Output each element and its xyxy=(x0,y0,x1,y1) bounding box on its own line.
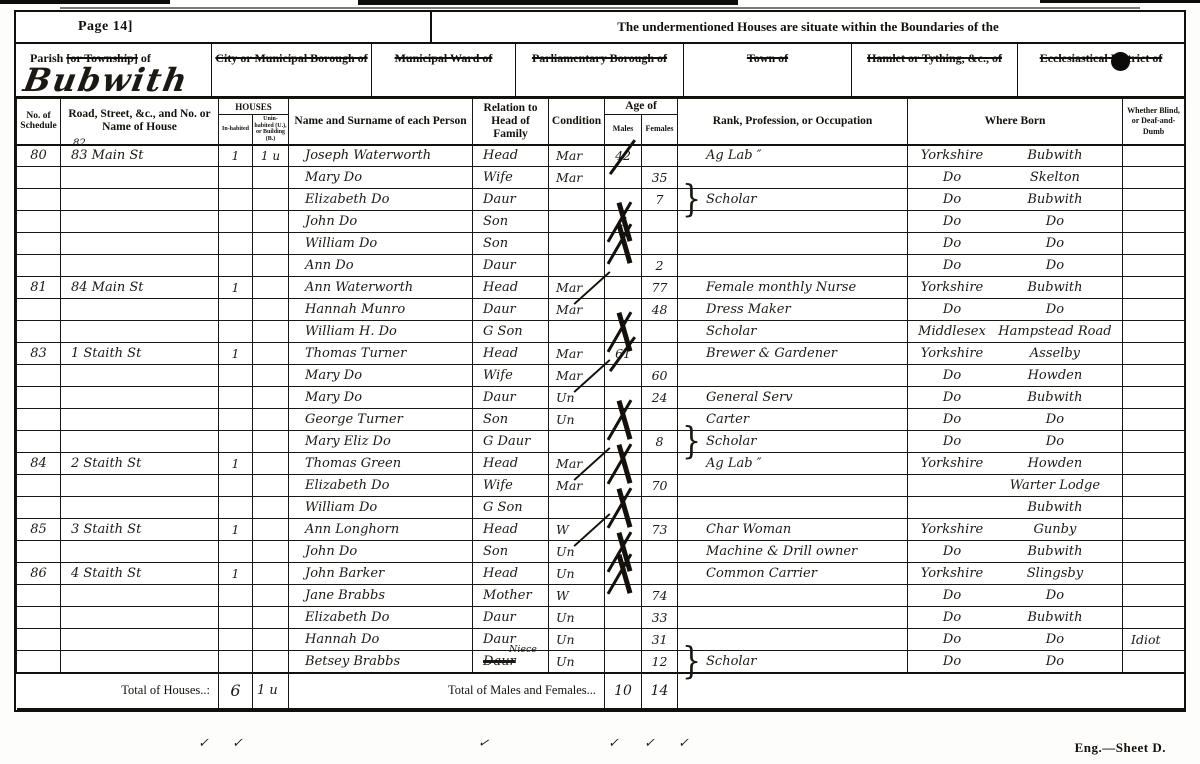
cell-schedule-number xyxy=(17,629,61,651)
born-place: Asselby xyxy=(994,346,1116,361)
col-header-infirmity: Whether Blind, or Deaf-and-Dumb xyxy=(1123,99,1185,145)
relation-corrected-value: Niece xyxy=(509,644,537,655)
parish-handwritten-value: Bubwith xyxy=(20,60,191,100)
cell-age-male: 42 xyxy=(605,145,642,167)
table-row: Mary DoWifeMar35DoSkelton xyxy=(17,167,1185,189)
cell-relation: DaurNiece xyxy=(473,651,549,673)
cell-houses-uninhabited xyxy=(253,453,289,475)
cell-street: 2 Staith St xyxy=(61,453,219,475)
cell-schedule-number xyxy=(17,607,61,629)
total-houses-inhabited: 6 xyxy=(219,673,253,709)
engraver-sheet-label: Eng.—Sheet D. xyxy=(1075,740,1166,756)
cell-schedule-number xyxy=(17,255,61,277)
born-place: Howden xyxy=(994,368,1116,383)
cell-houses-uninhabited xyxy=(253,475,289,497)
town-cell: Town of xyxy=(684,44,852,96)
table-row: Elizabeth DoWifeMar70Warter Lodge xyxy=(17,475,1185,497)
born-place: Slingsby xyxy=(994,566,1116,581)
cell-houses-inhabited: 1 xyxy=(219,519,253,541)
cell-infirmity xyxy=(1123,255,1185,277)
cell-person-name: John Do xyxy=(289,211,473,233)
table-row: George TurnerSonUnCarterDoDo xyxy=(17,409,1185,431)
cell-houses-inhabited xyxy=(219,629,253,651)
col-header-inhabited: In-habited xyxy=(219,115,253,145)
street-number-correction: 82 xyxy=(73,138,86,149)
cell-infirmity xyxy=(1123,365,1185,387)
cell-relation: G Son xyxy=(473,497,549,519)
place-header-row: Parish [or Township] of Bubwith City or … xyxy=(16,44,1184,98)
cell-houses-uninhabited xyxy=(253,211,289,233)
cell-street xyxy=(61,409,219,431)
col-header-occupation: Rank, Profession, or Occupation xyxy=(678,99,908,145)
cell-houses-uninhabited xyxy=(253,431,289,453)
cell-occupation: Char Woman xyxy=(678,519,908,541)
cell-person-name: Hannah Do xyxy=(289,629,473,651)
cell-schedule-number xyxy=(17,189,61,211)
table-row: 8184 Main St1Ann WaterworthHeadMar77Fema… xyxy=(17,277,1185,299)
cell-houses-uninhabited xyxy=(253,365,289,387)
born-place: Do xyxy=(994,412,1116,427)
cell-houses-uninhabited xyxy=(253,277,289,299)
born-county: Do xyxy=(910,654,994,669)
cell-where-born: DoSkelton xyxy=(908,167,1123,189)
cell-schedule-number: 86 xyxy=(17,563,61,585)
scan-edge-artifact xyxy=(60,7,1140,9)
cell-schedule-number xyxy=(17,431,61,453)
cell-person-name: John Barker xyxy=(289,563,473,585)
cell-occupation: Scholar} xyxy=(678,431,908,453)
cell-schedule-number: 80 xyxy=(17,145,61,167)
cell-age-male xyxy=(605,585,642,607)
cell-where-born: DoDo xyxy=(908,651,1123,673)
born-place: Bubwith xyxy=(994,148,1116,163)
born-county: Do xyxy=(910,632,994,647)
cell-occupation: Ag Lab ″ xyxy=(678,145,908,167)
cell-age-female: 74 xyxy=(642,585,678,607)
cell-houses-inhabited xyxy=(219,299,253,321)
scan-edge-artifact xyxy=(0,0,170,4)
cell-person-name: Mary Eliz Do xyxy=(289,431,473,453)
cell-relation: Head xyxy=(473,563,549,585)
table-row: 8083 Main St8211 uJoseph WaterworthHeadM… xyxy=(17,145,1185,167)
cell-where-born: Bubwith xyxy=(908,497,1123,519)
col-header-name: Name and Surname of each Person xyxy=(289,99,473,145)
cell-condition xyxy=(549,189,605,211)
born-county: Yorkshire xyxy=(910,456,994,471)
cell-houses-uninhabited: 1 u xyxy=(253,145,289,167)
cell-condition: Mar xyxy=(549,167,605,189)
total-houses-uninhabited: 1 u xyxy=(253,673,289,709)
cell-person-name: Mary Do xyxy=(289,365,473,387)
cell-age-male xyxy=(605,321,642,343)
cell-houses-inhabited xyxy=(219,365,253,387)
cell-person-name: Elizabeth Do xyxy=(289,607,473,629)
cell-where-born: MiddlesexHampstead Road xyxy=(908,321,1123,343)
cell-condition: Un xyxy=(549,563,605,585)
cell-street xyxy=(61,365,219,387)
cell-houses-inhabited xyxy=(219,211,253,233)
cell-age-male xyxy=(605,233,642,255)
cell-street: 84 Main St xyxy=(61,277,219,299)
cell-relation: Head xyxy=(473,343,549,365)
scan-edge-artifact xyxy=(1040,0,1200,3)
cell-age-male xyxy=(605,629,642,651)
cell-relation: Daur xyxy=(473,255,549,277)
cell-age-male xyxy=(605,277,642,299)
cell-houses-inhabited xyxy=(219,167,253,189)
cell-condition: Mar xyxy=(549,343,605,365)
cell-houses-uninhabited xyxy=(253,497,289,519)
born-place: Do xyxy=(994,302,1116,317)
cell-where-born: DoHowden xyxy=(908,365,1123,387)
cell-street xyxy=(61,607,219,629)
cell-schedule-number: 81 xyxy=(17,277,61,299)
cell-age-male xyxy=(605,431,642,453)
cell-houses-uninhabited xyxy=(253,585,289,607)
cell-condition: W xyxy=(549,585,605,607)
cell-condition: Mar xyxy=(549,277,605,299)
born-county: Yorkshire xyxy=(910,566,994,581)
cell-relation: Son xyxy=(473,541,549,563)
cell-occupation xyxy=(678,211,908,233)
cell-infirmity xyxy=(1123,387,1185,409)
ecclesiastical-district-cell: Ecclesiastical District of xyxy=(1018,44,1184,96)
table-row: William DoG SonBubwith xyxy=(17,497,1185,519)
cell-condition: Mar xyxy=(549,365,605,387)
col-header-uninhabited: Unin-habited (U.), or Building (B.) xyxy=(253,115,289,145)
cell-houses-inhabited: 1 xyxy=(219,563,253,585)
cell-infirmity xyxy=(1123,497,1185,519)
cell-where-born: DoDo xyxy=(908,233,1123,255)
cell-condition: Un xyxy=(549,607,605,629)
cell-infirmity xyxy=(1123,189,1185,211)
cell-relation: Mother xyxy=(473,585,549,607)
cell-age-female: 73 xyxy=(642,519,678,541)
cell-age-female xyxy=(642,211,678,233)
cell-age-male xyxy=(605,387,642,409)
cell-schedule-number xyxy=(17,541,61,563)
cell-relation: Wife xyxy=(473,365,549,387)
cell-houses-inhabited xyxy=(219,233,253,255)
cell-person-name: George Turner xyxy=(289,409,473,431)
cell-street: 3 Staith St xyxy=(61,519,219,541)
cell-person-name: Thomas Turner xyxy=(289,343,473,365)
top-header-strip: Page 14] The undermentioned Houses are s… xyxy=(16,12,1184,44)
cell-street xyxy=(61,651,219,673)
cell-street xyxy=(61,475,219,497)
table-row: John DoSonUnMachine & Drill ownerDoBubwi… xyxy=(17,541,1185,563)
cell-where-born: DoDo xyxy=(908,299,1123,321)
table-row: Elizabeth DoDaurUn33DoBubwith xyxy=(17,607,1185,629)
cell-houses-inhabited xyxy=(219,585,253,607)
cell-houses-inhabited: 1 xyxy=(219,145,253,167)
table-row: Elizabeth DoDaur7Scholar}DoBubwith xyxy=(17,189,1185,211)
cell-where-born: DoDo xyxy=(908,629,1123,651)
cell-relation: G Daur xyxy=(473,431,549,453)
cell-houses-uninhabited xyxy=(253,387,289,409)
cell-schedule-number xyxy=(17,211,61,233)
cell-condition xyxy=(549,255,605,277)
cell-age-female xyxy=(642,409,678,431)
cell-person-name: Elizabeth Do xyxy=(289,475,473,497)
cell-condition xyxy=(549,211,605,233)
municipal-ward-cell: Municipal Ward of xyxy=(372,44,516,96)
cell-houses-uninhabited xyxy=(253,409,289,431)
boundaries-heading: The undermentioned Houses are situate wi… xyxy=(432,12,1184,42)
cell-occupation: Carter xyxy=(678,409,908,431)
cell-age-male xyxy=(605,189,642,211)
cell-age-female: 24 xyxy=(642,387,678,409)
cell-age-female: 70 xyxy=(642,475,678,497)
cell-houses-inhabited xyxy=(219,497,253,519)
born-county: Do xyxy=(910,192,994,207)
cell-occupation: Machine & Drill owner xyxy=(678,541,908,563)
cell-age-female xyxy=(642,343,678,365)
cell-infirmity xyxy=(1123,145,1185,167)
cell-street xyxy=(61,299,219,321)
cell-age-female: 31 xyxy=(642,629,678,651)
total-houses-label: Total of Houses..: xyxy=(17,673,219,709)
cell-houses-uninhabited xyxy=(253,299,289,321)
table-row: Ann DoDaur2DoDo xyxy=(17,255,1185,277)
cell-age-female: 2 xyxy=(642,255,678,277)
cell-occupation xyxy=(678,475,908,497)
cell-occupation xyxy=(678,167,908,189)
cell-occupation xyxy=(678,607,908,629)
cell-occupation: Brewer & Gardener xyxy=(678,343,908,365)
cell-houses-inhabited xyxy=(219,475,253,497)
cell-where-born: DoDo xyxy=(908,409,1123,431)
cell-occupation: Dress Maker xyxy=(678,299,908,321)
born-place: Do xyxy=(994,588,1116,603)
cell-where-born: DoDo xyxy=(908,431,1123,453)
cell-houses-inhabited xyxy=(219,409,253,431)
born-place: Do xyxy=(994,258,1116,273)
cell-age-female xyxy=(642,453,678,475)
cell-houses-inhabited xyxy=(219,541,253,563)
cell-schedule-number: 83 xyxy=(17,343,61,365)
cell-schedule-number xyxy=(17,497,61,519)
table-row: Hannah DoDaurUn31DoDoIdiot xyxy=(17,629,1185,651)
born-place: Gunby xyxy=(994,522,1116,537)
born-place: Bubwith xyxy=(994,280,1116,295)
cell-infirmity xyxy=(1123,607,1185,629)
total-males-females-label: Total of Males and Females... xyxy=(289,673,605,709)
cell-schedule-number xyxy=(17,475,61,497)
cell-condition xyxy=(549,321,605,343)
cell-relation: Head xyxy=(473,145,549,167)
cell-person-name: Elizabeth Do xyxy=(289,189,473,211)
cell-age-male: 61 xyxy=(605,343,642,365)
cell-relation: Head xyxy=(473,277,549,299)
cell-occupation: Scholar} xyxy=(678,189,908,211)
ink-blob xyxy=(1111,52,1130,71)
cell-schedule-number xyxy=(17,365,61,387)
census-scan-page: Page 14] The undermentioned Houses are s… xyxy=(0,0,1200,764)
cell-relation: Son xyxy=(473,211,549,233)
cell-schedule-number xyxy=(17,409,61,431)
cell-houses-uninhabited xyxy=(253,321,289,343)
cell-person-name: Mary Do xyxy=(289,387,473,409)
cell-occupation: Ag Lab ″ xyxy=(678,453,908,475)
cell-houses-uninhabited xyxy=(253,255,289,277)
cell-houses-uninhabited xyxy=(253,629,289,651)
cell-houses-inhabited xyxy=(219,255,253,277)
cell-age-male xyxy=(605,497,642,519)
cell-condition: Un xyxy=(549,629,605,651)
page-number: Page 14] xyxy=(16,12,432,42)
check-mark: ✓ xyxy=(232,736,243,751)
cell-street xyxy=(61,255,219,277)
cell-person-name: Ann Longhorn xyxy=(289,519,473,541)
cell-occupation xyxy=(678,629,908,651)
cell-person-name: William Do xyxy=(289,497,473,519)
cell-infirmity xyxy=(1123,563,1185,585)
cell-houses-uninhabited xyxy=(253,607,289,629)
table-row: Mary DoDaurUn24General ServDoBubwith xyxy=(17,387,1185,409)
born-county: Yorkshire xyxy=(910,522,994,537)
cell-person-name: Jane Brabbs xyxy=(289,585,473,607)
check-mark: ✓ xyxy=(608,736,619,751)
cell-schedule-number xyxy=(17,233,61,255)
cell-age-male xyxy=(605,167,642,189)
scan-edge-artifact xyxy=(358,0,738,5)
relation-struck-value: Daur xyxy=(483,654,516,669)
table-row: Jane BrabbsMotherW74DoDo xyxy=(17,585,1185,607)
cell-houses-uninhabited xyxy=(253,651,289,673)
cell-houses-uninhabited xyxy=(253,167,289,189)
col-header-schedule: No. of Schedule xyxy=(17,99,61,145)
cell-where-born: YorkshireGunby xyxy=(908,519,1123,541)
total-females: 14 xyxy=(642,673,678,709)
cell-occupation: Scholar xyxy=(678,321,908,343)
table-row: William H. DoG SonScholarMiddlesexHampst… xyxy=(17,321,1185,343)
cell-street xyxy=(61,321,219,343)
check-mark: ✓ xyxy=(198,736,209,751)
cell-age-male xyxy=(605,541,642,563)
cell-houses-uninhabited xyxy=(253,563,289,585)
cell-condition: Mar xyxy=(549,145,605,167)
cell-street xyxy=(61,189,219,211)
cell-street xyxy=(61,585,219,607)
cell-street xyxy=(61,211,219,233)
cell-age-female xyxy=(642,541,678,563)
born-place: Bubwith xyxy=(994,390,1116,405)
col-header-males: Males xyxy=(605,115,642,145)
cell-occupation xyxy=(678,233,908,255)
cell-street xyxy=(61,387,219,409)
column-headers: No. of Schedule Road, Street, &c., and N… xyxy=(17,99,1185,145)
born-place: Do xyxy=(994,434,1116,449)
cell-condition: Un xyxy=(549,409,605,431)
cell-street xyxy=(61,497,219,519)
cell-condition: Un xyxy=(549,387,605,409)
cell-infirmity xyxy=(1123,475,1185,497)
census-sheet: Page 14] The undermentioned Houses are s… xyxy=(14,10,1186,712)
born-county: Middlesex xyxy=(910,324,994,339)
city-borough-cell: City or Municipal Borough of xyxy=(212,44,372,96)
born-place: Bubwith xyxy=(994,544,1116,559)
born-county: Do xyxy=(910,258,994,273)
cell-street xyxy=(61,629,219,651)
cell-age-female xyxy=(642,321,678,343)
cell-age-female xyxy=(642,497,678,519)
born-place: Do xyxy=(994,632,1116,647)
cell-person-name: Betsey Brabbs xyxy=(289,651,473,673)
col-header-age: Age of xyxy=(605,99,678,115)
cell-age-male xyxy=(605,563,642,585)
table-row: 853 Staith St1Ann LonghornHeadW73Char Wo… xyxy=(17,519,1185,541)
cell-relation: Daur xyxy=(473,299,549,321)
cell-houses-uninhabited xyxy=(253,233,289,255)
cell-infirmity xyxy=(1123,343,1185,365)
cell-schedule-number xyxy=(17,321,61,343)
col-header-born: Where Born xyxy=(908,99,1123,145)
table-row: Mary Eliz DoG Daur8Scholar}DoDo xyxy=(17,431,1185,453)
born-county: Do xyxy=(910,214,994,229)
cell-infirmity xyxy=(1123,277,1185,299)
cell-occupation xyxy=(678,497,908,519)
cell-houses-inhabited xyxy=(219,431,253,453)
cell-age-female: 7 xyxy=(642,189,678,211)
cell-occupation xyxy=(678,585,908,607)
born-county: Do xyxy=(910,236,994,251)
born-county: Do xyxy=(910,544,994,559)
born-place: Warter Lodge xyxy=(994,478,1116,493)
ecclesiastical-label: Ecclesiastical District of xyxy=(1040,51,1163,65)
cell-relation: Son xyxy=(473,233,549,255)
cell-houses-inhabited xyxy=(219,321,253,343)
cell-where-born: YorkshireHowden xyxy=(908,453,1123,475)
born-county: Yorkshire xyxy=(910,280,994,295)
cell-schedule-number xyxy=(17,167,61,189)
cell-age-female xyxy=(642,233,678,255)
cell-condition: Un xyxy=(549,651,605,673)
born-county: Do xyxy=(910,412,994,427)
cell-relation: Son xyxy=(473,409,549,431)
cell-houses-inhabited xyxy=(219,651,253,673)
cell-age-male xyxy=(605,299,642,321)
cell-infirmity xyxy=(1123,519,1185,541)
cell-where-born: DoBubwith xyxy=(908,387,1123,409)
born-place: Do xyxy=(994,236,1116,251)
cell-condition: W xyxy=(549,519,605,541)
parish-cell: Parish [or Township] of Bubwith xyxy=(16,44,212,96)
born-county: Yorkshire xyxy=(910,148,994,163)
check-mark: ✓ xyxy=(477,735,490,752)
cell-occupation: Scholar} xyxy=(678,651,908,673)
cell-infirmity xyxy=(1123,211,1185,233)
cell-condition xyxy=(549,233,605,255)
cell-person-name: William H. Do xyxy=(289,321,473,343)
cell-where-born: Warter Lodge xyxy=(908,475,1123,497)
born-county: Do xyxy=(910,170,994,185)
cell-person-name: Hannah Munro xyxy=(289,299,473,321)
born-county: Yorkshire xyxy=(910,346,994,361)
born-place: Do xyxy=(994,214,1116,229)
check-mark: ✓ xyxy=(644,736,655,751)
cell-infirmity xyxy=(1123,321,1185,343)
cell-schedule-number xyxy=(17,299,61,321)
cell-condition: Mar xyxy=(549,453,605,475)
cell-person-name: Joseph Waterworth xyxy=(289,145,473,167)
cell-condition: Mar xyxy=(549,475,605,497)
cell-schedule-number xyxy=(17,585,61,607)
born-place: Bubwith xyxy=(994,192,1116,207)
table-row: 842 Staith St1Thomas GreenHeadMarAg Lab … xyxy=(17,453,1185,475)
born-county: Do xyxy=(910,390,994,405)
cell-age-female: 35 xyxy=(642,167,678,189)
